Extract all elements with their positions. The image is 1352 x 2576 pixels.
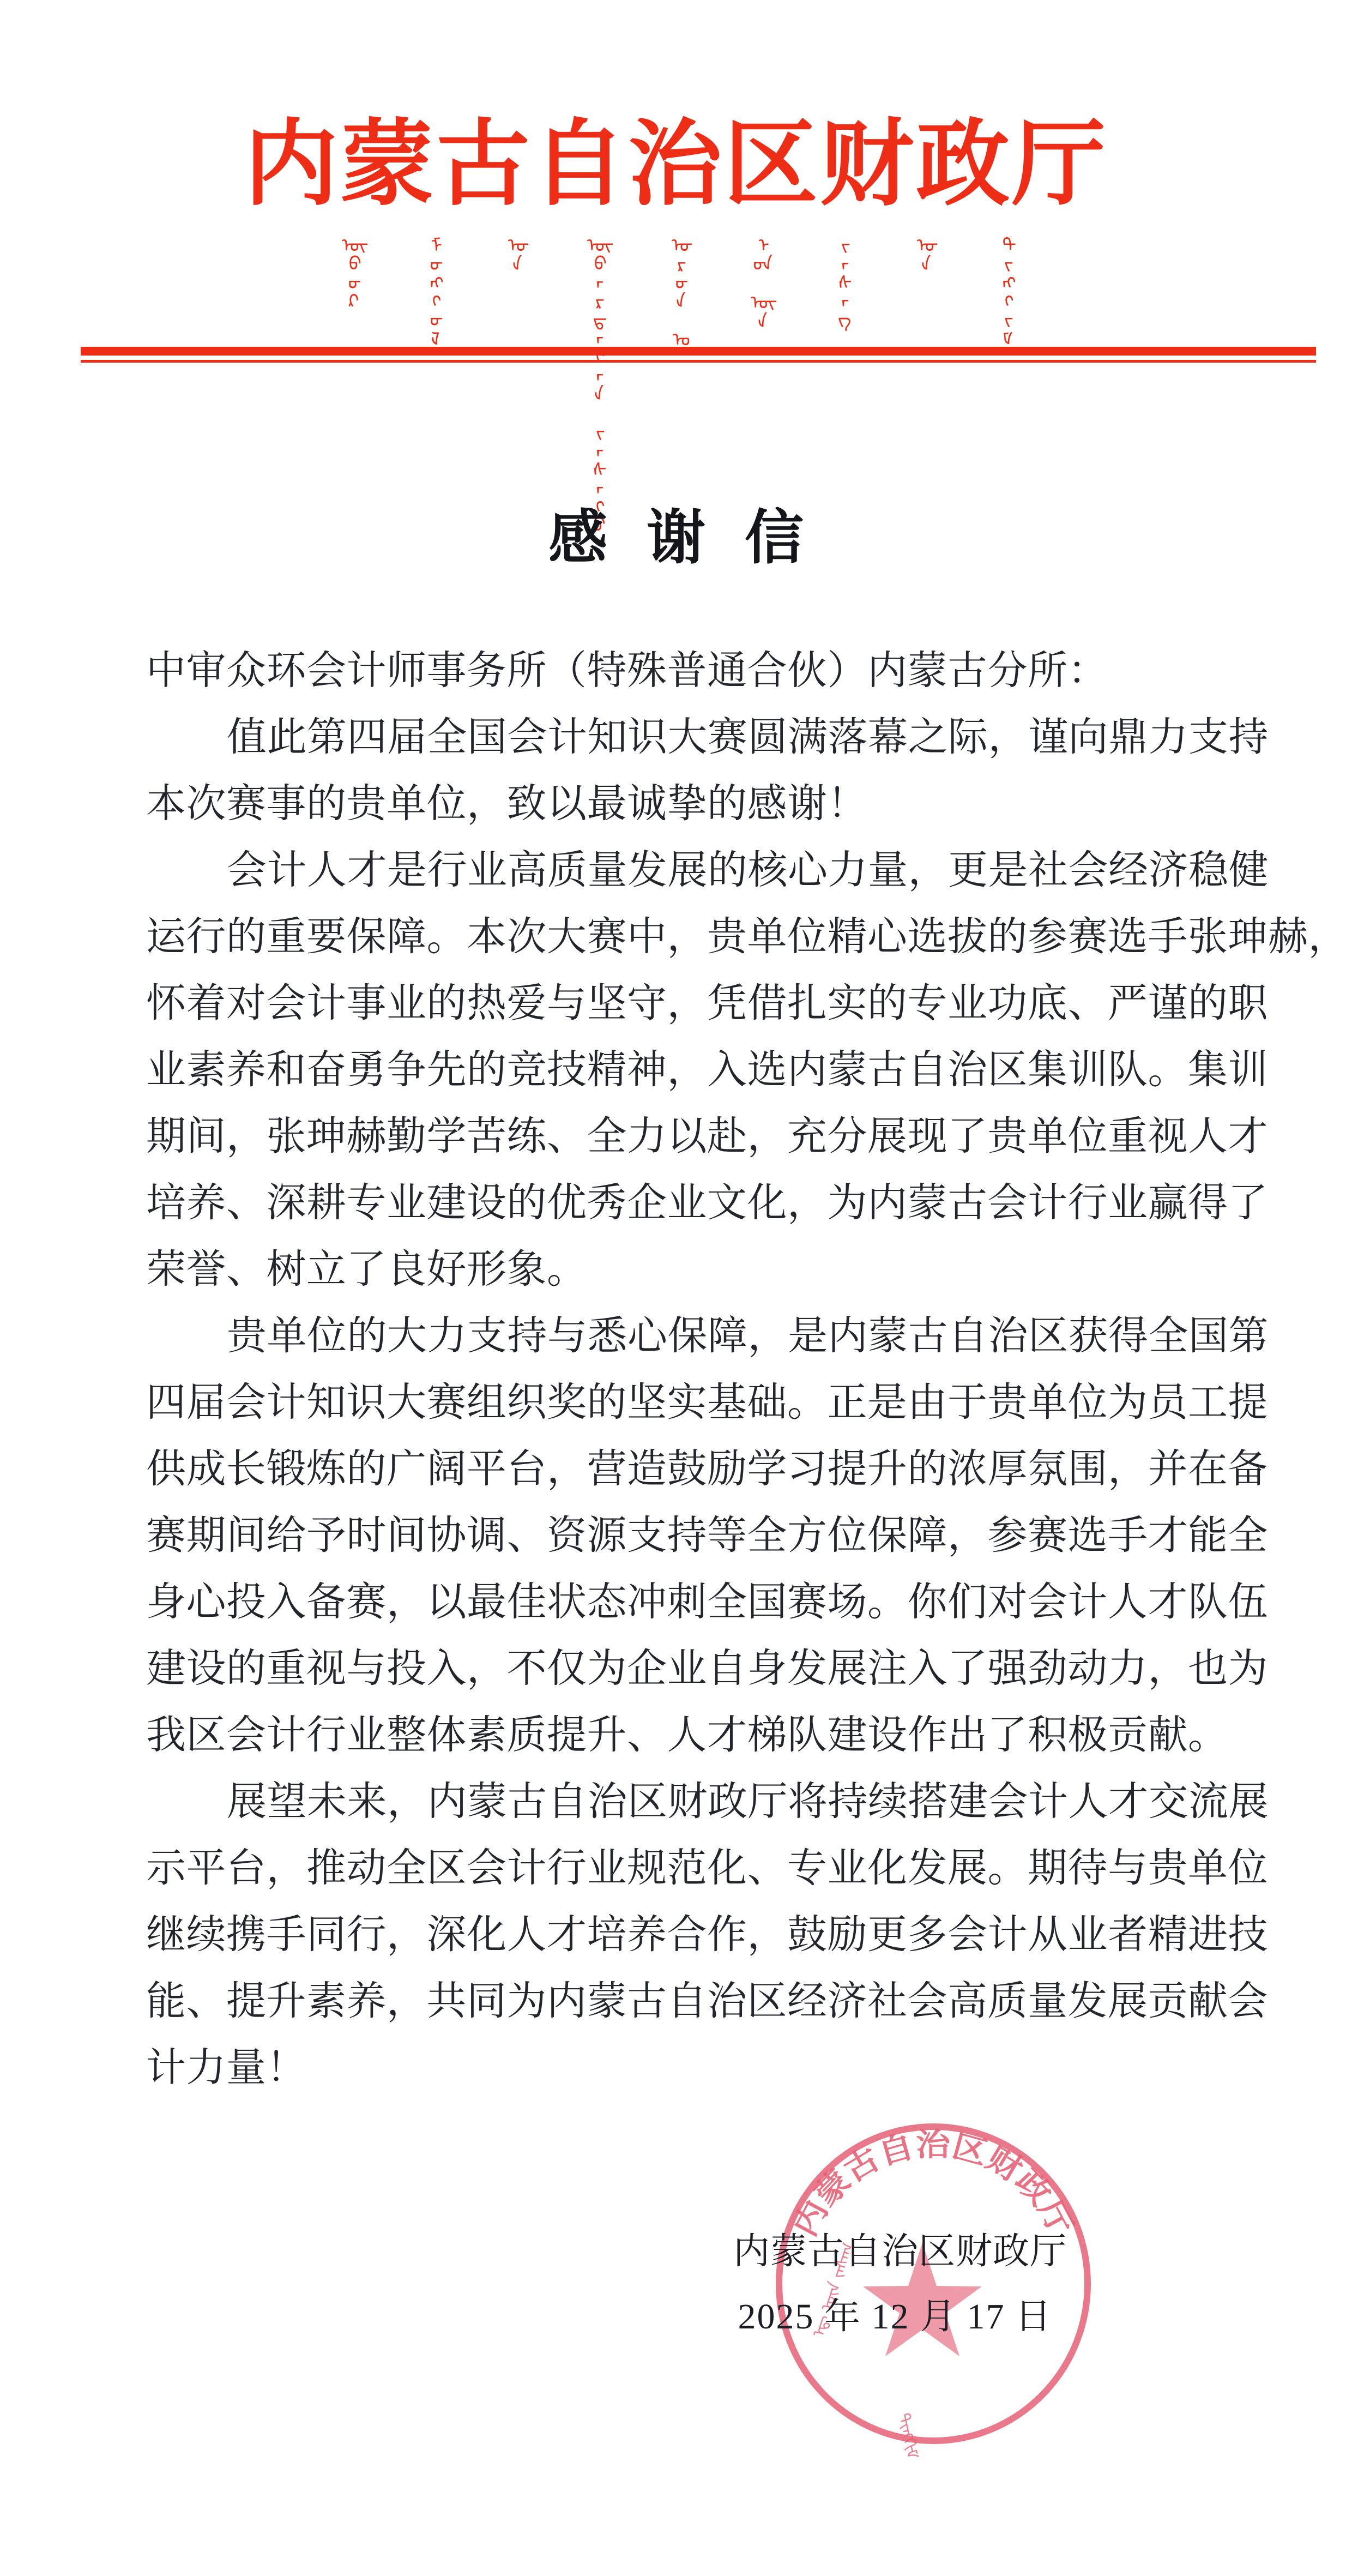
letterhead-mongolian-name: ᠥᠪᠥᠷ ᠮᠣᠩᠭᠣᠯ ᠤᠨ ᠥᠪᠡᠷᠲᠡᠭᠡᠨ ᠵᠠᠰᠠᠬᠤ ᠣᠷᠣᠨ ᠤ ᠡ… [0, 236, 1352, 534]
mongolian-word: ᠮᠣᠩᠭᠣᠯ [420, 236, 441, 347]
letter-body: 中审众环会计师事务所（特殊普通合伙）内蒙古分所： 值此第四届全国会计知识大赛圆满… [146, 637, 1210, 2101]
body-line: 贵单位的大力支持与悉心保障，是内蒙古自治区获得全国第 [146, 1303, 1210, 1369]
official-seal: 内蒙古自治区财政厅 ᠡᠳ᠋ ᠦᠨ ᠵᠠᠰᠠᠭ ᠲᠢᠩᠬᠢᠮ [759, 2109, 1108, 2458]
body-line: 身心投入备赛，以最佳状态冲刺全国赛场。你们对会计人才队伍 [146, 1569, 1210, 1635]
body-line: 会计人才是行业高质量发展的核心力量，更是社会经济稳健 [146, 837, 1210, 904]
body-line salutation: 中审众环会计师事务所（特殊普通合伙）内蒙古分所： [146, 637, 1210, 704]
mongolian-word: ᠡᠳ᠋ ᠦᠨ [747, 236, 768, 330]
body-line: 值此第四届全国会计知识大赛圆满落幕之际，谨向鼎力支持 [146, 704, 1210, 771]
seal-mongolian-text: ᠲᠢᠩᠬᠢᠮ [894, 2411, 922, 2458]
mongolian-word: ᠤᠨ [502, 236, 523, 285]
body-line: 示平台，推动全区会计行业规范化、专业化发展。期待与贵单位 [146, 1835, 1210, 1901]
mongolian-word: ᠤᠨ [911, 236, 932, 285]
body-line: 荣誉、树立了良好形象。 [146, 1236, 1210, 1303]
signature-org: 内蒙古自治区财政厅 [733, 2232, 1067, 2271]
letterhead-org-name: 内蒙古自治区财政厅 [0, 113, 1352, 217]
body-line: 供成长锻炼的广阔平台，营造鼓励学习提升的浓厚氛围，并在备 [146, 1436, 1210, 1502]
mongolian-word: ᠣᠷᠣᠨ ᠤ [666, 236, 686, 348]
red-divider-thin [81, 360, 1316, 363]
body-line: 展望未来，内蒙古自治区财政厅将持续搭建会计人才交流展 [146, 1768, 1210, 1835]
body-line: 四届会计知识大赛组织奖的坚实基础。正是由于贵单位为员工提 [146, 1369, 1210, 1436]
letter-title: 感谢信 [0, 506, 1352, 571]
letter-page: 内蒙古自治区财政厅 ᠥᠪᠥᠷ ᠮᠣᠩᠭᠣᠯ ᠤᠨ ᠥᠪᠡᠷᠲᠡᠭᠡᠨ ᠵᠠᠰᠠᠬ… [0, 0, 1352, 2576]
body-line: 赛期间给予时间协调、资源支持等全方位保障，参赛选手才能全 [146, 1502, 1210, 1569]
signature-date: 2025 年 12 月 17 日 [738, 2298, 1053, 2336]
body-line: 继续携手同行，深化人才培养合作，鼓励更多会计从业者精进技 [146, 1901, 1210, 1968]
body-line: 培养、深耕专业建设的优秀企业文化，为内蒙古会计行业赢得了 [146, 1170, 1210, 1236]
red-divider-thick [81, 347, 1316, 356]
seal-ring-text: 内蒙古自治区财政厅 [787, 2127, 1079, 2242]
body-line: 计力量！ [146, 2035, 1210, 2101]
body-line: 业素养和奋勇争先的竞技精神，入选内蒙古自治区集训队。集训 [146, 1037, 1210, 1103]
letterhead-divider [81, 347, 1316, 363]
mongolian-word: ᠵᠠᠰᠠᠭ [829, 236, 850, 328]
body-line: 期间，张珅赫勤学苦练、全力以赴，充分展现了贵单位重视人才 [146, 1103, 1210, 1170]
body-line: 我区会计行业整体素质提升、人才梯队建设作出了积极贡献。 [146, 1702, 1210, 1768]
body-line: 本次赛事的贵单位，致以最诚挚的感谢！ [146, 771, 1210, 837]
mongolian-word: ᠥᠪᠡᠷᠲᠡᠭᠡᠨ ᠵᠠᠰᠠᠬᠤ [584, 236, 605, 534]
mongolian-word: ᠲᠢᠩᠬᠢᠮ [993, 236, 1013, 347]
body-line: 建设的重视与投入，不仅为企业自身发展注入了强劲动力，也为 [146, 1635, 1210, 1702]
body-line: 怀着对会计事业的热爱与坚守，凭借扎实的专业功底、严谨的职 [146, 970, 1210, 1037]
body-line: 运行的重要保障。本次大赛中，贵单位精心选拔的参赛选手张珅赫， [146, 904, 1210, 970]
mongolian-word: ᠥᠪᠥᠷ [339, 236, 359, 310]
body-line: 能、提升素养，共同为内蒙古自治区经济社会高质量发展贡献会 [146, 1968, 1210, 2035]
